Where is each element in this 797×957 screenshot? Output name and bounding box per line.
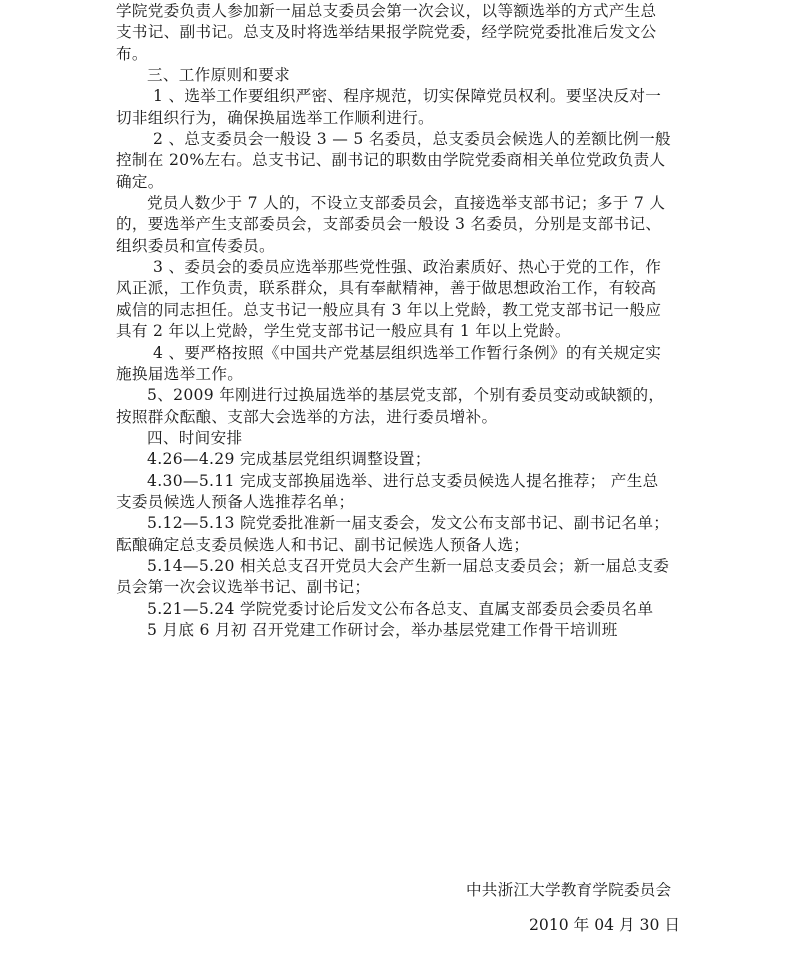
text-line: 威信的同志担任。总支书记一般应具有 3 年以上党龄，教工党支部书记一般应 xyxy=(116,300,672,321)
schedule-item: 5.12—5.13 院党委批准新一届支委会，发文公布支部书记、副书记名单； xyxy=(116,513,672,534)
schedule-item: 5.21—5.24 学院党委讨论后发文公布各总支、直属支部委员会委员名单 xyxy=(116,599,672,620)
section-heading-schedule: 四、时间安排 xyxy=(116,428,672,449)
text-line: 切非组织行为，确保换届选举工作顺利进行。 xyxy=(116,108,672,129)
signature: 中共浙江大学教育学院委员会 xyxy=(466,878,671,900)
schedule-item: 5.14—5.20 相关总支召开党员大会产生新一届总支委员会；新一届总支委 xyxy=(116,556,672,577)
text-line: 学院党委负责人参加新一届总支委员会第一次会议，以等额选举的方式产生总 xyxy=(116,1,672,22)
schedule-item: 5 月底 6 月初 召开党建工作研讨会，举办基层党建工作骨干培训班 xyxy=(116,620,672,641)
text-line: 党员人数少于 7 人的，不设立支部委员会，直接选举支部书记；多于 7 人 xyxy=(116,193,672,214)
text-line: 的，要选举产生支部委员会，支部委员会一般设 3 名委员，分别是支部书记、 xyxy=(116,214,672,235)
text-line: 控制在 20%左右。总支书记、副书记的职数由学院党委商相关单位党政负责人 xyxy=(116,150,672,171)
text-line: 员会第一次会议选举书记、副书记； xyxy=(116,577,672,598)
document-body: 学院党委负责人参加新一届总支委员会第一次会议，以等额选举的方式产生总 支书记、副… xyxy=(116,1,672,641)
text-line: 1 、选举工作要组织严密、程序规范，切实保障党员权利。要坚决反对一 xyxy=(116,86,672,107)
text-line: 2 、总支委员会一般设 3 — 5 名委员，总支委员会候选人的差额比例一般 xyxy=(116,129,672,150)
text-line: 确定。 xyxy=(116,172,672,193)
text-line: 组织委员和宣传委员。 xyxy=(116,236,672,257)
text-line: 酝酿确定总支委员候选人和书记、副书记候选人预备人选； xyxy=(116,535,672,556)
text-line: 支委员候选人预备人选推荐名单； xyxy=(116,492,672,513)
text-line: 具有 2 年以上党龄，学生党支部书记一般应具有 1 年以上党龄。 xyxy=(116,321,672,342)
text-line: 3 、委员会的委员应选举那些党性强、政治素质好、热心于党的工作，作 xyxy=(116,257,672,278)
text-line: 按照群众酝酿、支部大会选举的方法，进行委员增补。 xyxy=(116,407,672,428)
text-line: 风正派，工作负责，联系群众，具有奉献精神，善于做思想政治工作，有较高 xyxy=(116,278,672,299)
text-line: 5、2009 年刚进行过换届选举的基层党支部，个别有委员变动或缺额的， xyxy=(116,385,672,406)
section-heading-principles: 三、工作原则和要求 xyxy=(116,65,672,86)
document-page: 学院党委负责人参加新一届总支委员会第一次会议，以等额选举的方式产生总 支书记、副… xyxy=(0,0,797,957)
text-line: 布。 xyxy=(116,44,672,65)
document-date: 2010 年 04 月 30 日 xyxy=(529,913,680,935)
schedule-item: 4.26—4.29 完成基层党组织调整设置； xyxy=(116,449,672,470)
text-line: 4 、要严格按照《中国共产党基层组织选举工作暂行条例》的有关规定实 xyxy=(116,343,672,364)
text-line: 支书记、副书记。总支及时将选举结果报学院党委，经学院党委批准后发文公 xyxy=(116,22,672,43)
text-line: 施换届选举工作。 xyxy=(116,364,672,385)
schedule-item: 4.30—5.11 完成支部换届选举、进行总支委员候选人提名推荐； 产生总 xyxy=(116,471,672,492)
